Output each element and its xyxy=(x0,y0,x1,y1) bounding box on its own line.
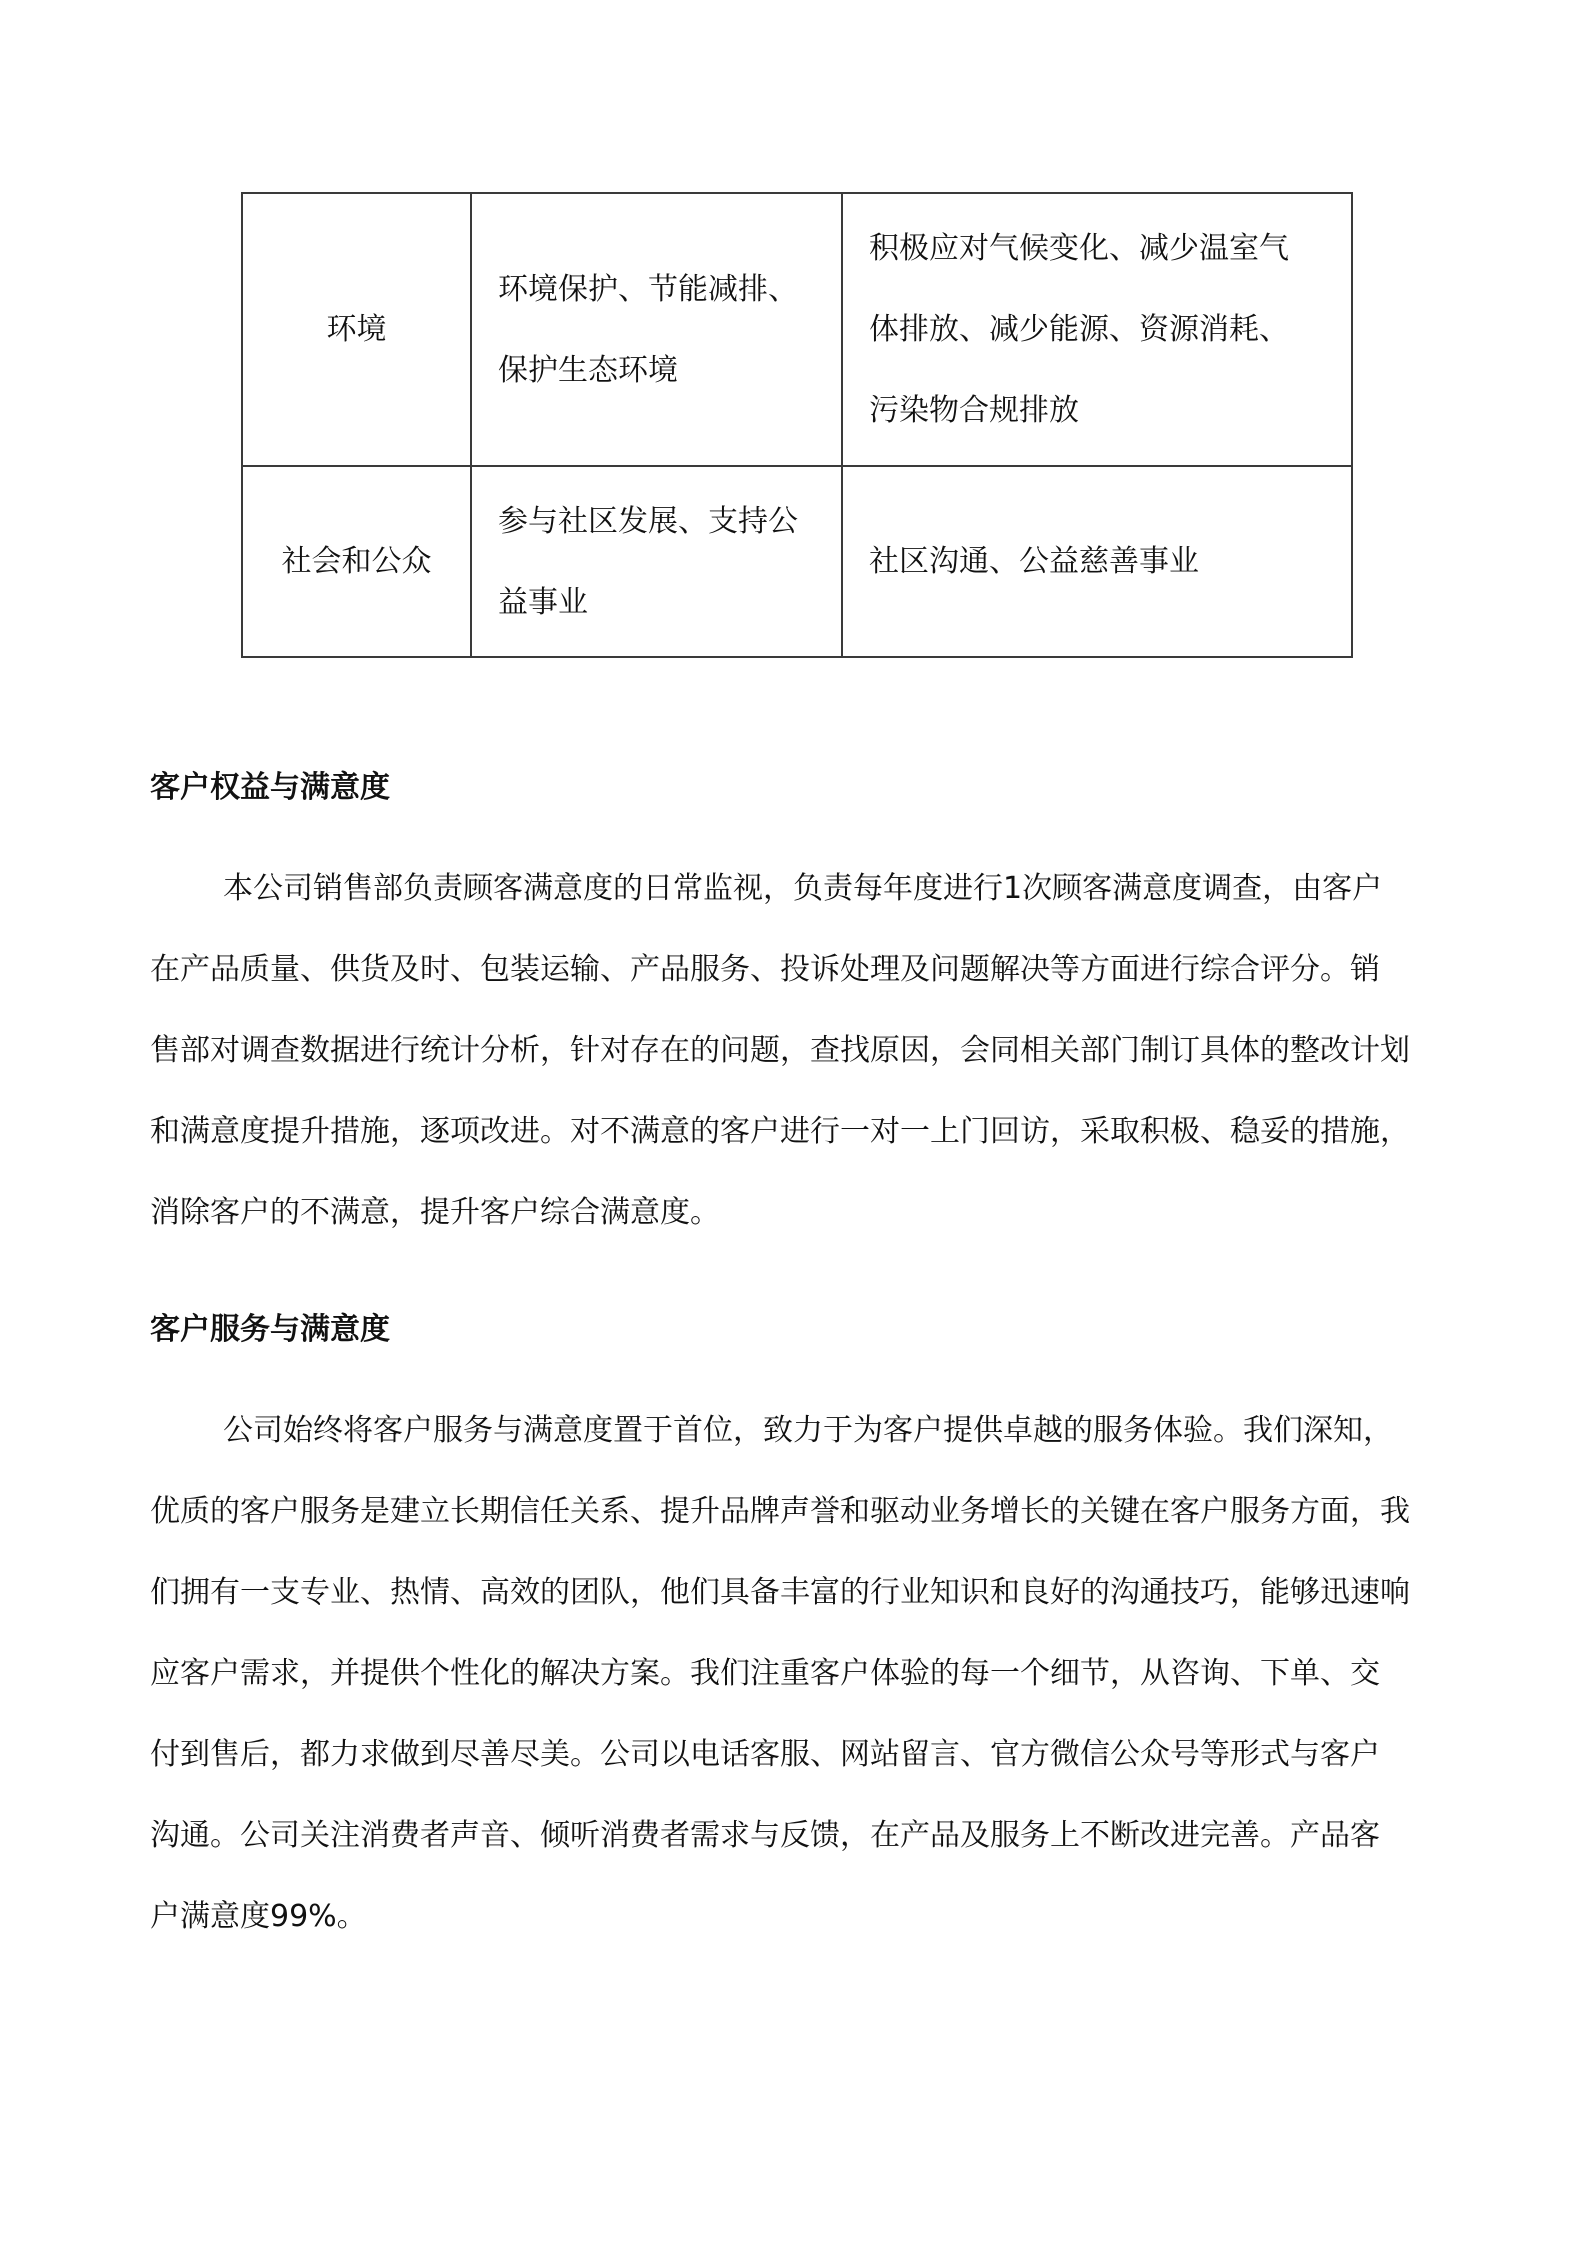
actions-cell: 积极应对气候变化、减少温室气 体排放、减少能源、资源消耗、 污染物合规排放 xyxy=(842,193,1352,466)
section-heading-customer-service: 客户服务与满意度 xyxy=(150,1310,390,1350)
topics-cell: 参与社区发展、支持公 益事业 xyxy=(471,466,842,657)
topics-cell: 环境保护、节能减排、 保护生态环境 xyxy=(471,193,842,466)
stakeholder-table: 环境 环境保护、节能减排、 保护生态环境 积极应对气候变化、减少温室气 体排放、… xyxy=(241,192,1353,658)
table-row: 社会和公众 参与社区发展、支持公 益事业 社区沟通、公益慈善事业 xyxy=(242,466,1352,657)
document-page: 环境 环境保护、节能减排、 保护生态环境 积极应对气候变化、减少温室气 体排放、… xyxy=(0,0,1587,2245)
paragraph-customer-rights: 本公司销售部负责顾客满意度的日常监视，负责每年度进行1次顾客满意度调查，由客户 … xyxy=(150,848,1440,1253)
table-row: 环境 环境保护、节能减排、 保护生态环境 积极应对气候变化、减少温室气 体排放、… xyxy=(242,193,1352,466)
paragraph-customer-service: 公司始终将客户服务与满意度置于首位，致力于为客户提供卓越的服务体验。我们深知， … xyxy=(150,1390,1440,1957)
actions-cell: 社区沟通、公益慈善事业 xyxy=(842,466,1352,657)
category-cell: 社会和公众 xyxy=(242,466,471,657)
section-heading-customer-rights: 客户权益与满意度 xyxy=(150,768,390,808)
category-cell: 环境 xyxy=(242,193,471,466)
